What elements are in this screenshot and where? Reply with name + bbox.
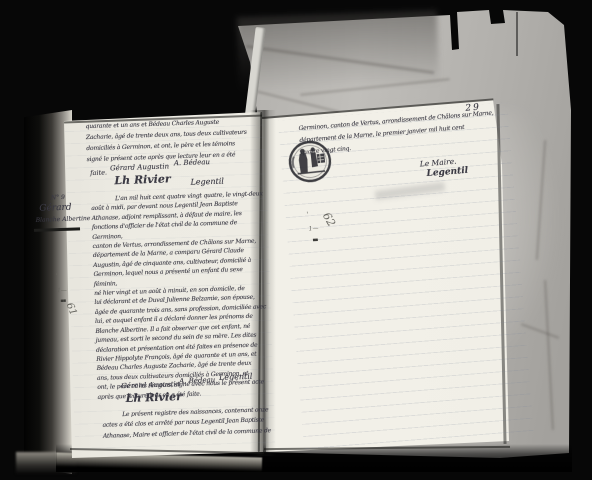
pencil-smudge-mark: ▪▪: [312, 237, 317, 243]
pencil-one-mark: 1—: [308, 225, 318, 233]
round-archives-stamp-icon: [285, 138, 335, 187]
signature-legentil: Legentil: [190, 177, 224, 187]
pencil-tick-mark: ': [55, 272, 57, 280]
left-page-content: quarante et un ans et Bédeau Charles Aug…: [60, 101, 284, 472]
previous-act-text: quarante et un ans et Bédeau Charles Aug…: [85, 115, 264, 165]
pencil-smudge-mark: ▪▪: [60, 298, 65, 304]
pencil-one-mark: 1—: [57, 287, 67, 294]
margin-surname: Gérard: [39, 203, 72, 214]
act-signature-legentil: Legentil: [219, 372, 253, 382]
act-signature-bedeau: A. Bédeau: [179, 376, 215, 385]
closing-statement-text: Le présent registre des naissances, cont…: [102, 405, 275, 442]
register-scan-photo: quarante et un ans et Bédeau Charles Aug…: [0, 0, 592, 480]
paper-tear: [516, 12, 518, 56]
act-signature-rivier: Lh Rivier: [125, 390, 182, 405]
signature-rivier: Lh Rivier: [114, 172, 171, 187]
signature-bedeau: A. Bédeau: [174, 158, 210, 167]
right-page-content: 29 Germinon, canton de Vertus, arrondiss…: [262, 78, 543, 463]
paper-shadow-top: [237, 11, 439, 93]
margin-act-number: N° 9: [51, 194, 65, 201]
birth-act-text: L'an mil huit cent quatre vingt quatre, …: [91, 189, 272, 402]
previous-act-word: faite.: [90, 168, 107, 177]
